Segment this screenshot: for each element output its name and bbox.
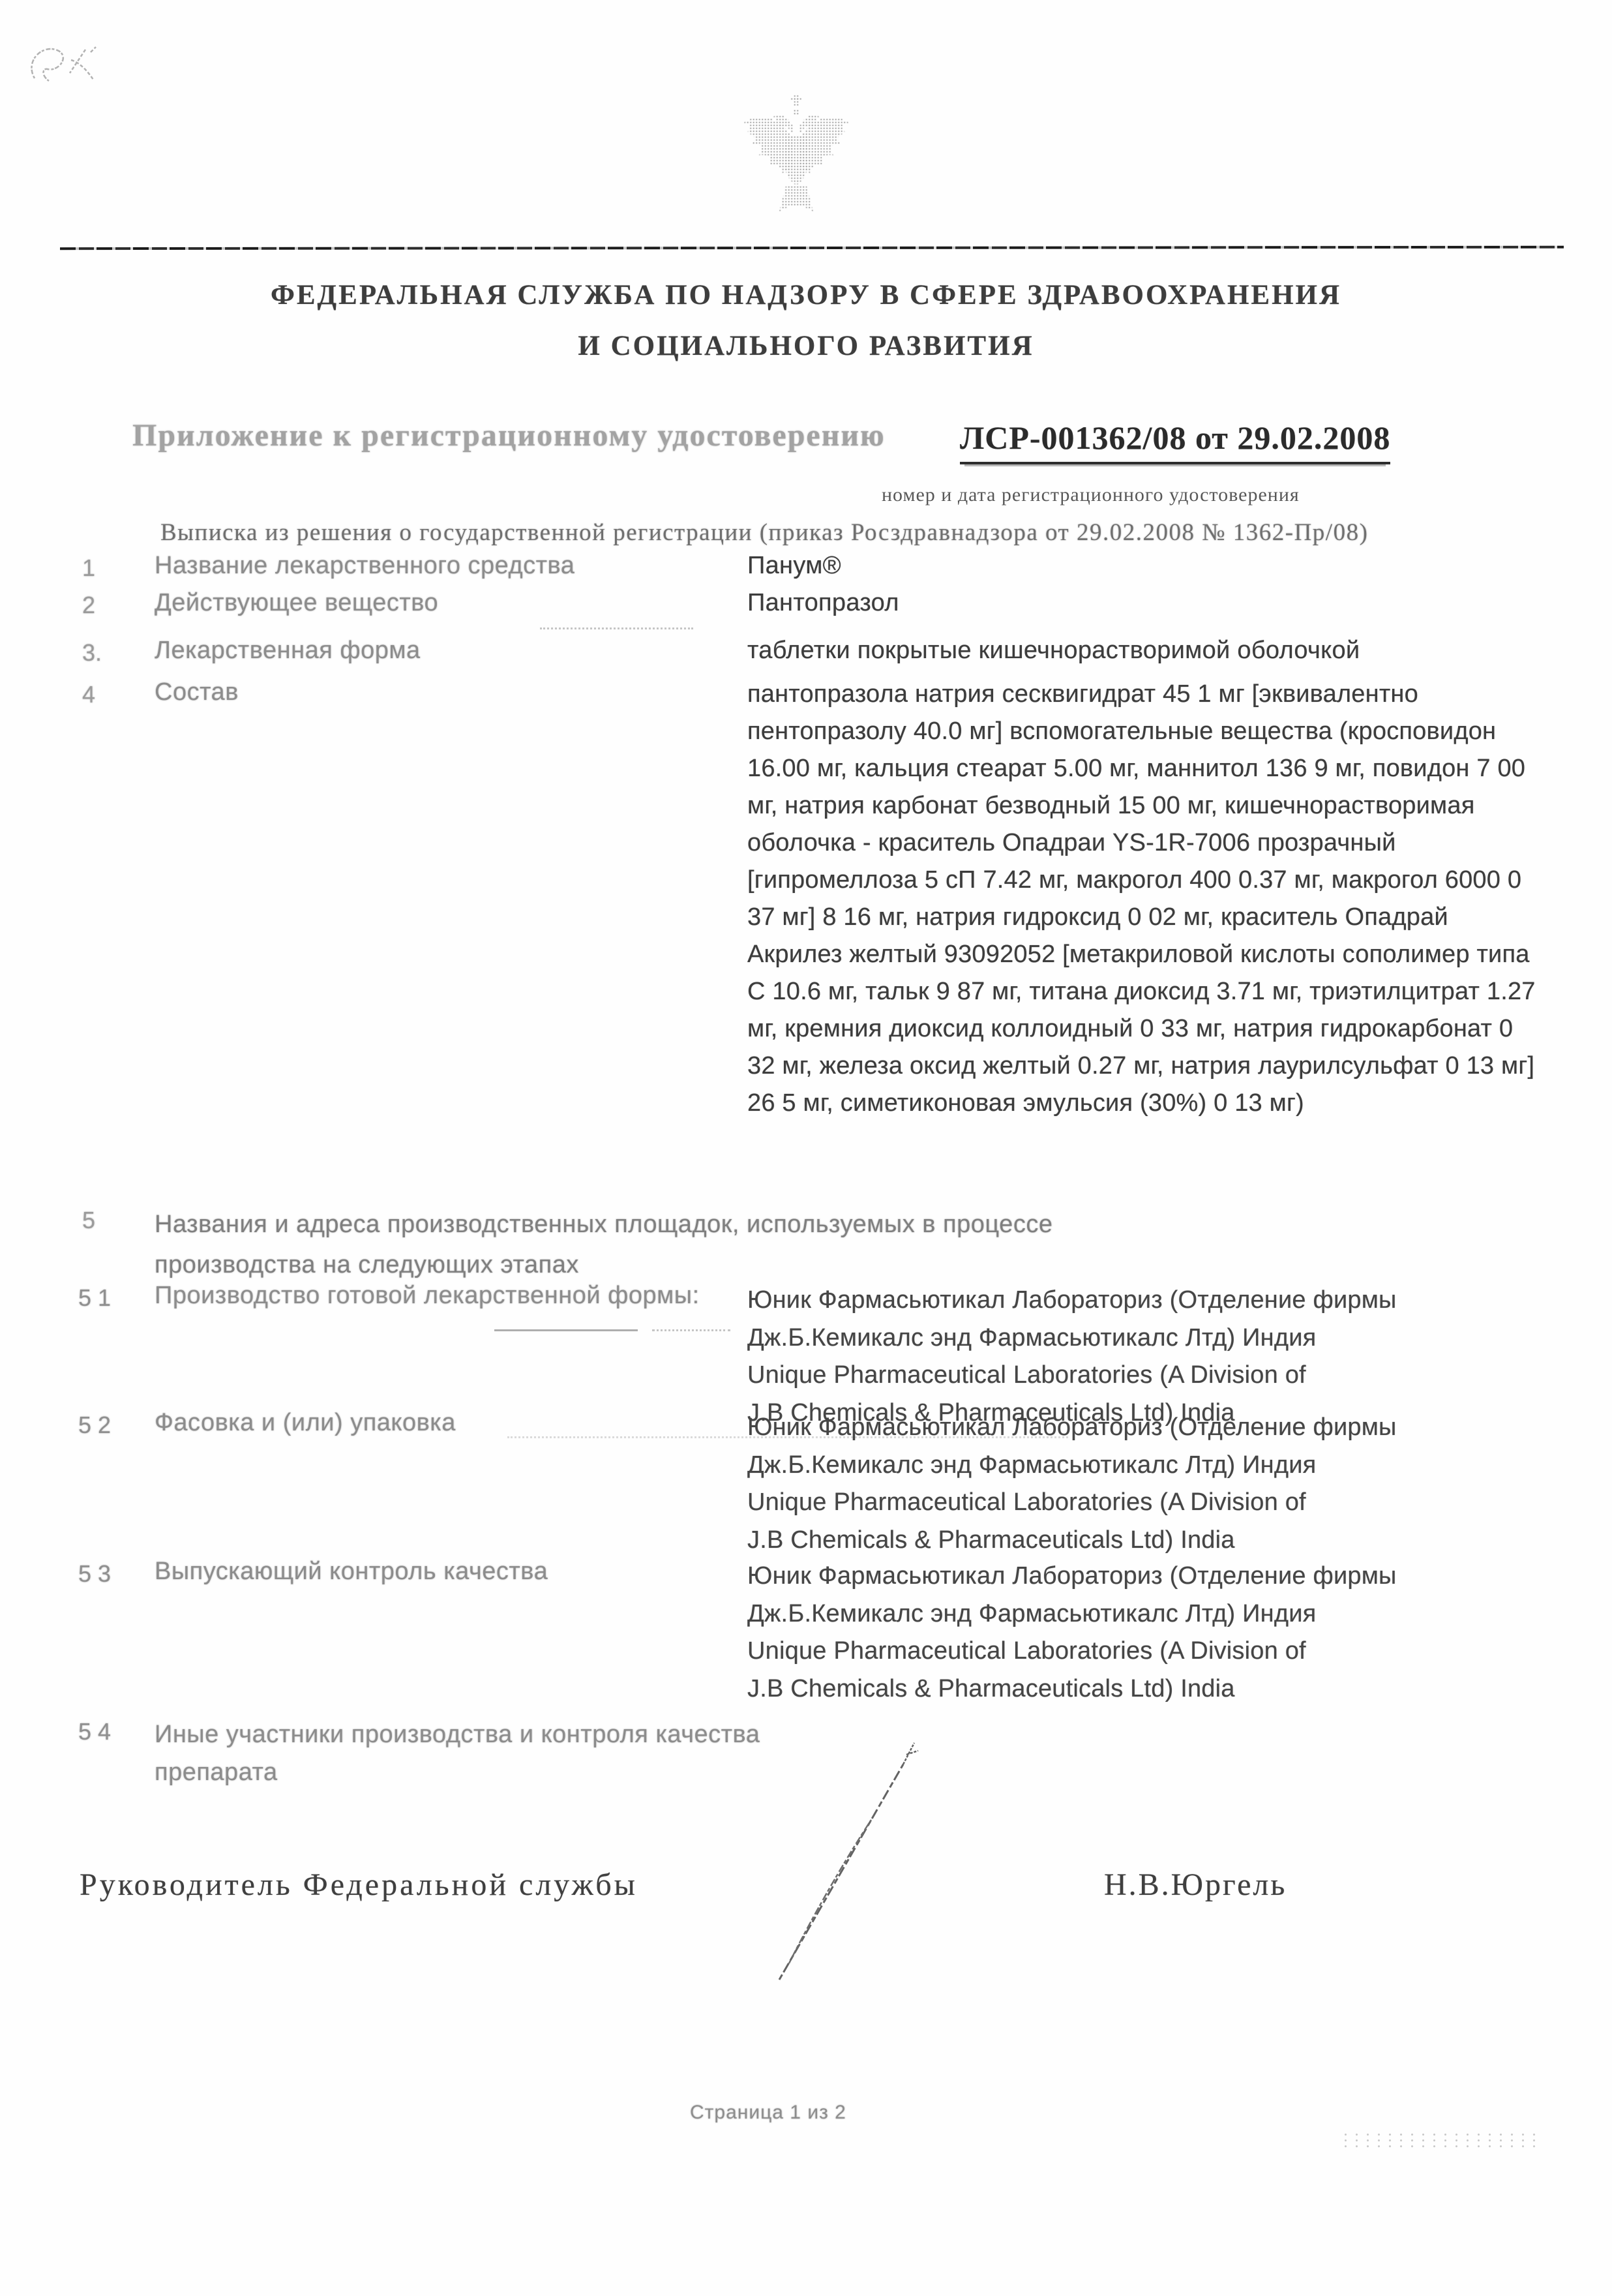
handwritten-mark <box>23 40 137 109</box>
item-value-dosage-form: таблетки покрытые кишечнорастворимой обо… <box>747 637 1360 665</box>
registration-number: ЛСР-001362/08 от 29.02.2008 <box>960 419 1390 464</box>
manufacturer-line: Unique Pharmaceutical Laboratories (A Di… <box>747 1357 1397 1395</box>
signatory-title: Руководитель Федеральной службы <box>80 1867 638 1903</box>
sub-label-quality-control: Выпускающий контроль качества <box>155 1558 794 1586</box>
item-value-drug-name: Панум® <box>747 552 841 580</box>
manufacturer-line: Дж.Б.Кемикалс энд Фармасьютикалс Лтд) Ин… <box>747 1320 1397 1357</box>
sub-label-packaging: Фасовка и (или) упаковка <box>155 1409 794 1437</box>
attachment-label: Приложение к регистрационному удостовере… <box>132 417 948 453</box>
horizontal-divider <box>60 246 1564 250</box>
sub-number-51: 5 1 <box>78 1284 111 1312</box>
scan-artifact-dots <box>540 627 693 629</box>
manufacturer-line: J.B Chemicals & Pharmaceuticals Ltd) Ind… <box>747 1670 1397 1708</box>
extract-decision-line: Выписка из решения о государственной рег… <box>160 519 1452 547</box>
manufacturer-block-53: Юник Фармасьютикал Лабораториз (Отделени… <box>747 1558 1397 1708</box>
item-value-composition: пантопразола натрия сесквигидрат 45 1 мг… <box>747 676 1542 1122</box>
manufacturer-line: Unique Pharmaceutical Laboratories (A Di… <box>747 1633 1397 1670</box>
signatory-name: Н.В.Юргель <box>1104 1867 1287 1903</box>
label-underline-artifact <box>494 1329 638 1331</box>
page-indicator: Страница 1 из 2 <box>690 2102 846 2124</box>
manufacturer-line: Юник Фармасьютикал Лабораториз (Отделени… <box>747 1558 1397 1595</box>
manufacturer-line: J.B Chemicals & Pharmaceuticals Ltd) Ind… <box>747 1522 1397 1560</box>
item-label-composition: Состав <box>155 678 239 706</box>
coat-of-arms-emblem <box>732 83 860 226</box>
sub-number-52: 5 2 <box>78 1412 111 1439</box>
item-number: 4 <box>82 681 95 708</box>
scanned-document-page: ФЕДЕРАЛЬНАЯ СЛУЖБА ПО НАДЗОРУ В СФЕРЕ ЗД… <box>0 0 1612 2296</box>
manufacturer-line: Юник Фармасьютикал Лабораториз (Отделени… <box>747 1409 1397 1447</box>
sub-label-finished-form: Производство готовой лекарственной формы… <box>155 1282 794 1310</box>
sub-number-53: 5 3 <box>78 1560 111 1588</box>
agency-name-line2: И СОЦИАЛЬНОГО РАЗВИТИЯ <box>0 330 1612 362</box>
section5-number: 5 <box>82 1207 95 1234</box>
item-label-dosage-form: Лекарственная форма <box>155 637 421 665</box>
signature-stroke <box>743 1729 978 1989</box>
manufacturer-line: Дж.Б.Кемикалс энд Фармасьютикалс Лтд) Ин… <box>747 1595 1397 1633</box>
section5-title: Названия и адреса производственных площа… <box>155 1204 1100 1285</box>
manufacturer-line: Дж.Б.Кемикалс энд Фармасьютикалс Лтд) Ин… <box>747 1447 1397 1485</box>
registration-number-caption: номер и дата регистрационного удостовере… <box>882 484 1300 506</box>
item-number: 2 <box>82 592 95 619</box>
item-number: 1 <box>82 554 95 582</box>
item-number: 3. <box>82 639 102 667</box>
item-label-active-substance: Действующее вещество <box>155 589 438 617</box>
scan-noise-marks <box>1340 2132 1536 2151</box>
manufacturer-line: Юник Фармасьютикал Лабораториз (Отделени… <box>747 1282 1397 1320</box>
item-label-drug-name: Название лекарственного средства <box>155 552 575 580</box>
manufacturer-block-52: Юник Фармасьютикал Лабораториз (Отделени… <box>747 1409 1397 1559</box>
sub-number-54: 5 4 <box>78 1718 111 1745</box>
manufacturer-line: Unique Pharmaceutical Laboratories (A Di… <box>747 1484 1397 1522</box>
sub-label-other-participants: Иные участники производства и контроля к… <box>155 1715 800 1791</box>
item-value-active-substance: Пантопразол <box>747 589 899 617</box>
agency-name-line1: ФЕДЕРАЛЬНАЯ СЛУЖБА ПО НАДЗОРУ В СФЕРЕ ЗД… <box>0 279 1612 311</box>
scan-artifact-dots <box>652 1329 730 1331</box>
